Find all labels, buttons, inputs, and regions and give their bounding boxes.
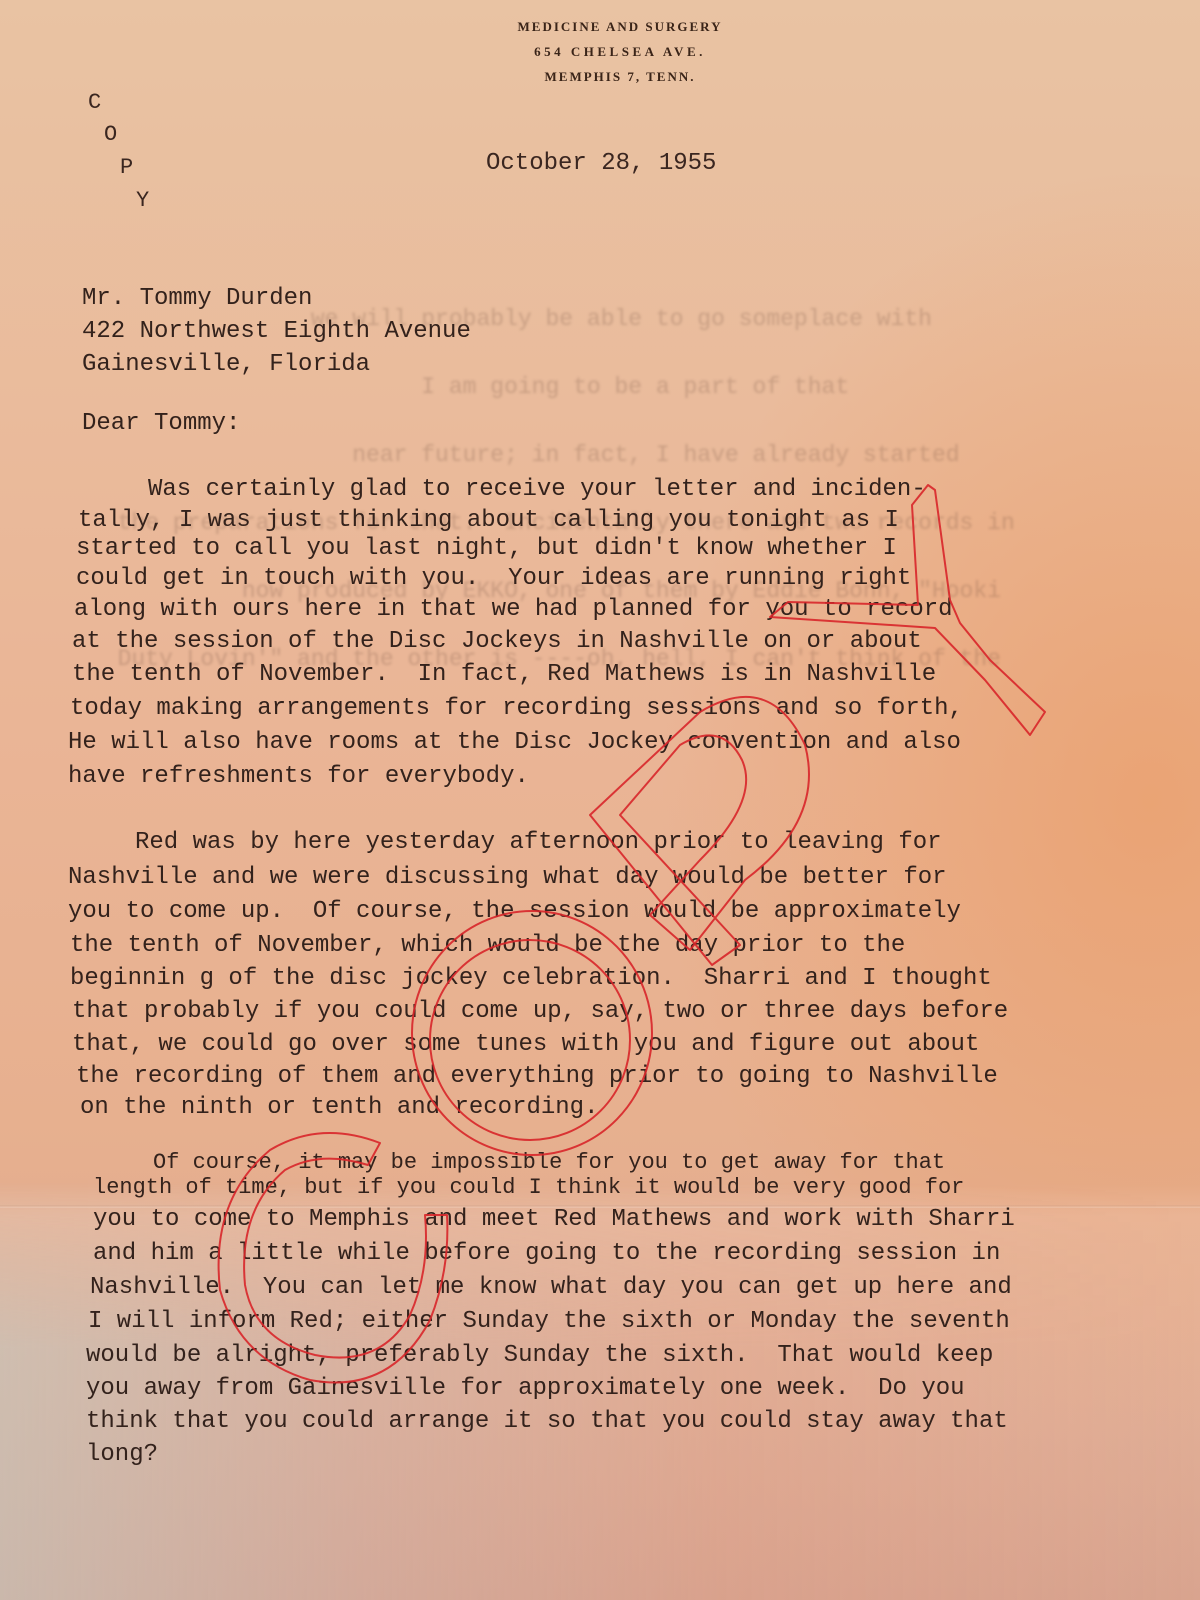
bleed-line: near future; in fact, I have already sta… <box>118 442 960 468</box>
text-line: would be alright, preferably Sunday the … <box>86 1342 993 1369</box>
text-line: and him a little while before going to t… <box>93 1240 1000 1267</box>
text-line: I will inform Red; either Sunday the six… <box>88 1308 1010 1335</box>
letterhead-practice: MEDICINE AND SURGERY <box>440 14 800 39</box>
text-line: you to come up. Of course, the session w… <box>68 898 961 925</box>
text-line: Of course, it may be impossible for you … <box>153 1150 945 1175</box>
text-line: the tenth of November, which would be th… <box>70 932 905 959</box>
text-line: the recording of them and everything pri… <box>76 1063 998 1090</box>
copy-stamp-letter: C <box>88 90 101 115</box>
recipient-address: Mr. Tommy Durden 422 Northwest Eighth Av… <box>82 282 471 381</box>
copy-stamp-letter: O <box>104 122 117 147</box>
text-line: started to call you last night, but didn… <box>76 535 897 562</box>
text-line: think that you could arrange it so that … <box>86 1408 1008 1435</box>
letterhead: MEDICINE AND SURGERY 654 CHELSEA AVE. ME… <box>440 14 800 89</box>
recipient-name: Mr. Tommy Durden <box>82 282 471 315</box>
text-line: at the session of the Disc Jockeys in Na… <box>72 628 922 655</box>
text-line: that, we could go over some tunes with y… <box>72 1031 979 1058</box>
copy-stamp-letter: P <box>120 155 133 180</box>
recipient-city: Gainesville, Florida <box>82 348 471 381</box>
text-line: you away from Gainesville for approximat… <box>86 1375 965 1402</box>
text-line: beginnin g of the disc jockey celebratio… <box>70 965 992 992</box>
letterhead-street: 654 CHELSEA AVE. <box>440 39 800 64</box>
text-line: Was certainly glad to receive your lette… <box>148 476 926 503</box>
text-line: you to come to Memphis and meet Red Math… <box>93 1206 1015 1233</box>
text-line: along with ours here in that we had plan… <box>74 596 953 623</box>
text-line: the tenth of November. In fact, Red Math… <box>72 661 936 688</box>
text-line: Nashville. You can let me know what day … <box>90 1274 1012 1301</box>
text-line: length of time, but if you could I think… <box>93 1175 964 1200</box>
text-line: long? <box>86 1441 158 1468</box>
recipient-street: 422 Northwest Eighth Avenue <box>82 315 471 348</box>
body-paragraph-3: Of course, it may be impossible for you … <box>0 0 29 297</box>
salutation: Dear Tommy: <box>82 410 240 437</box>
text-line: tally, I was just thinking about calling… <box>78 507 899 534</box>
text-line: could get in touch with you. Your ideas … <box>76 565 911 592</box>
text-line: Red was by here yesterday afternoon prio… <box>135 829 942 856</box>
text-line: on the ninth or tenth and recording. <box>80 1094 598 1121</box>
text-line: Nashville and we were discussing what da… <box>68 864 947 891</box>
letterhead-city: MEMPHIS 7, TENN. <box>440 64 800 89</box>
text-line: have refreshments for everybody. <box>68 763 529 790</box>
letter-date: October 28, 1955 <box>486 150 716 177</box>
text-line: that probably if you could come up, say,… <box>72 998 1008 1025</box>
text-line: today making arrangements for recording … <box>70 695 963 722</box>
copy-stamp-letter: Y <box>136 188 149 213</box>
text-line: He will also have rooms at the Disc Jock… <box>68 729 961 756</box>
